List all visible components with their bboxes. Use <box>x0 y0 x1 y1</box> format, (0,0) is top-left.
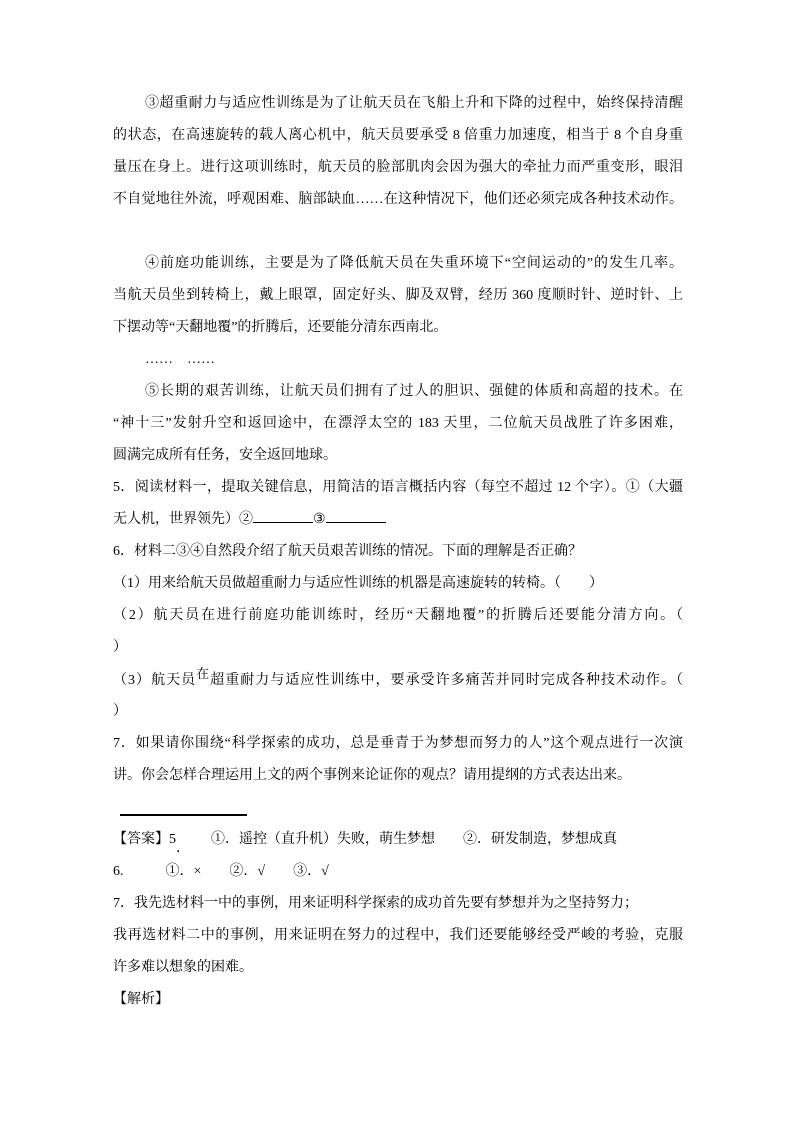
question-6-item-3-line-1: （3）航天员在超重耐力与适应性训练中，要承受许多痛苦并同时完成各种技术动作。（ <box>113 664 683 696</box>
question-6-item-1: （1）用来给航天员做超重耐力与适应性训练的机器是高速旋转的转椅。（ ） <box>113 568 683 600</box>
question-7: 7．如果请你围绕“科学探索的成功，总是垂青于为梦想而努力的人”这个观点进行一次演… <box>113 728 683 792</box>
answer-5-subscript-dot: ． <box>176 841 183 856</box>
text-line: ⑤长期的艰苦训练，让航天员们拥有了过人的胆识、强健的体质和高超的技术。在 <box>113 376 683 408</box>
question-6-item-2-line-1: （2）航天员在进行前庭功能训练时，经历“天翻地覆”的折腾后还要能分清方向。（ <box>113 600 683 632</box>
text-line: 我再选材料二中的事例，用来证明在努力的过程中，我们还要能够经受严峻的考验，克服 <box>113 920 683 952</box>
text-line: 许多难以想象的困难。 <box>113 952 683 984</box>
text-line: 7．如果请你围绕“科学探索的成功，总是垂青于为梦想而努力的人”这个观点进行一次演 <box>113 728 683 760</box>
page-content: ③超重耐力与适应性训练是为了让航天员在飞船上升和下降的过程中，始终保持清醒的状态… <box>0 0 794 1016</box>
question-5-circle-3: ③ <box>313 512 326 527</box>
text-line: 的状态，在高速旋转的载人离心机中，航天员要承受 8 倍重力加速度，相当于 8 个… <box>113 120 683 152</box>
material-two-paragraph-4: ④前庭功能训练，主要是为了降低航天员在失重环境下“空间运动的”的发生几率。当航天… <box>113 248 683 344</box>
text-line: ④前庭功能训练，主要是为了降低航天员在失重环境下“空间运动的”的发生几率。 <box>113 248 683 280</box>
analysis-label: 【解析】 <box>113 984 683 1016</box>
ellipsis-line: …… …… <box>113 344 683 376</box>
text-line: “神十三”发射升空和返回途中，在漂浮太空的 183 天里，二位航天员战胜了许多困… <box>113 408 683 440</box>
text-line: ③超重耐力与适应性训练是为了让航天员在飞船上升和下降的过程中，始终保持清醒 <box>113 88 683 120</box>
question-6-item-3-line-2: ） <box>113 696 683 728</box>
text-line: 讲。你会怎样合理运用上文的两个事例来论证你的观点？请用提纲的方式表达出来。 <box>113 760 683 792</box>
section-divider <box>120 814 247 816</box>
answer-5-line: 【答案】5． ①．遥控（直升机）失败，萌生梦想 ②．研发制造，梦想成真 <box>113 824 683 856</box>
question-6-item-3-superscript: 在 <box>196 666 210 681</box>
question-6-item-3-rest: 超重耐力与适应性训练中，要承受许多痛苦并同时完成各种技术动作。（ <box>210 673 683 688</box>
material-two-paragraph-5: ⑤长期的艰苦训练，让航天员们拥有了过人的胆识、强健的体质和高超的技术。在“神十三… <box>113 376 683 472</box>
question-5-line-2: 无人机，世界领先）②③ <box>113 504 683 536</box>
blank-line <box>113 216 683 248</box>
answer-key-label: 【答案】5 <box>113 832 176 847</box>
document-page: ③超重耐力与适应性训练是为了让航天员在飞船上升和下降的过程中，始终保持清醒的状态… <box>0 0 794 1123</box>
text-line: 下摆动等“天翻地覆”的折腾后，还要能分清东西南北。 <box>113 312 683 344</box>
text-line: 7．我先选材料一中的事例，用来证明科学探索的成功首先要有梦想并为之坚持努力； <box>113 888 683 920</box>
question-6-item-2-line-2: ） <box>113 632 683 664</box>
text-line: 当航天员坐到转椅上，戴上眼罩，固定好头、脚及双臂，经历 360 度顺时针、逆时针… <box>113 280 683 312</box>
question-6-intro: 6．材料二③④自然段介绍了航天员艰苦训练的情况。下面的理解是否正确？ <box>113 536 683 568</box>
text-line: 圆满完成所有任务，安全返回地球。 <box>113 440 683 472</box>
answer-6-line: 6. ①．× ②．√ ③．√ <box>113 856 683 888</box>
material-two-paragraph-3: ③超重耐力与适应性训练是为了让航天员在飞船上升和下降的过程中，始终保持清醒的状态… <box>113 88 683 216</box>
answer-blank-2 <box>253 509 313 523</box>
answer-7: 7．我先选材料一中的事例，用来证明科学探索的成功首先要有梦想并为之坚持努力；我再… <box>113 888 683 984</box>
question-5-line-1: 5．阅读材料一，提取关键信息，用简洁的语言概括内容（每空不超过 12 个字）。①… <box>113 472 683 504</box>
text-line: 量压在身上。进行这项训练时，航天员的脸部肌肉会因为强大的牵扯力而严重变形，眼泪 <box>113 152 683 184</box>
answer-blank-3 <box>326 509 386 523</box>
question-5-line-2-text: 无人机，世界领先）② <box>113 512 253 527</box>
text-line: 不自觉地往外流，呼观困难、脑部缺血……在这种情况下，他们还必须完成各种技术动作。 <box>113 184 683 216</box>
question-6-item-3-prefix: （3）航天员 <box>113 673 196 688</box>
answer-5-text: ①．遥控（直升机）失败，萌生梦想 ②．研发制造，梦想成真 <box>183 832 617 847</box>
